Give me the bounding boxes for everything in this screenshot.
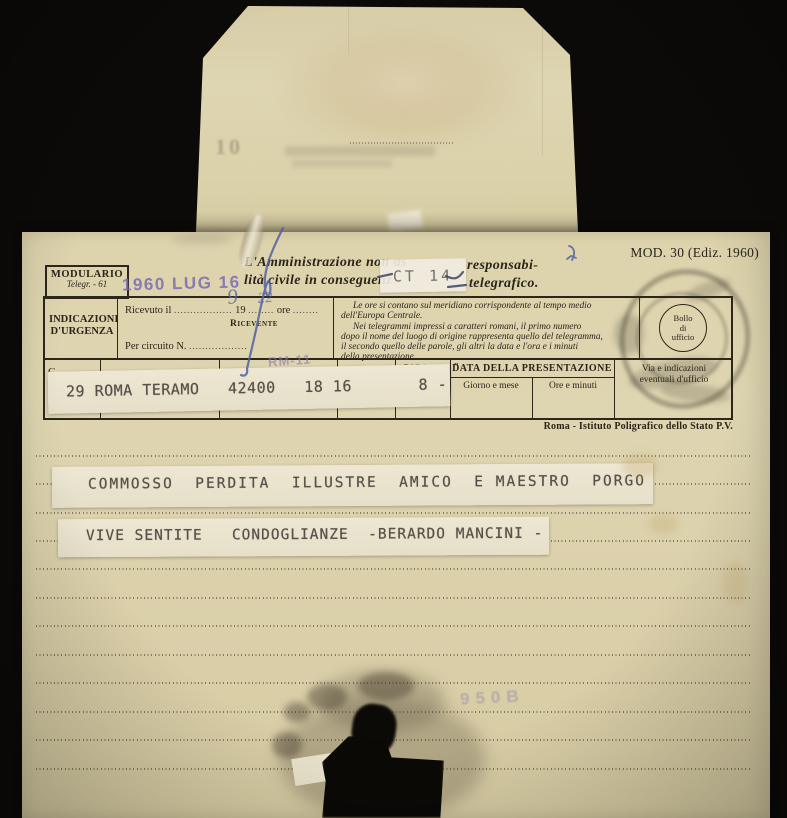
scanned-telegram-photo: 10 MODULARIO Telegr. - 61 1960 LUG 16 L'… xyxy=(0,0,787,818)
day-month-label: Giorno e mese xyxy=(450,381,532,391)
message-strip-1: COMMOSSO PERDITA ILLUSTRE AMICO E MAESTR… xyxy=(52,463,653,508)
disclaimer-line2: lità civile in conseguenz xyxy=(244,273,392,289)
ink-speck xyxy=(307,684,347,710)
hour-minute-label: Ore e minuti xyxy=(532,381,614,391)
printer-imprint: Roma - Istituto Poligrafico dello Stato … xyxy=(332,421,733,432)
route-header-line2: eventuali d'ufficio xyxy=(616,375,732,386)
glue-stain-highlight xyxy=(330,41,480,126)
ink-speck xyxy=(284,702,310,722)
circuit-label: Per circuito N. xyxy=(125,341,187,352)
paper-stain xyxy=(172,234,232,244)
instruction-line: dell'Europa Centrale. xyxy=(341,311,641,321)
disclaimer-right2: telegrafico. xyxy=(469,276,539,292)
perforation-dots xyxy=(350,142,455,144)
message-ruled-line xyxy=(36,625,750,627)
presentation-date-header: DATA DELLA PRESENTAZIONE xyxy=(450,363,614,374)
modulario-number: Telegr. - 61 xyxy=(47,279,127,289)
leader-dots: ........ xyxy=(293,305,319,315)
time-instructions: Le ore si contano sul meridiano corrispo… xyxy=(341,301,641,363)
form-edition-label: MOD. 30 (Ediz. 1960) xyxy=(604,245,759,261)
bollo-line: ufficio xyxy=(660,333,706,343)
instruction-line: Nei telegrammi impressi a caratteri roma… xyxy=(341,322,641,332)
modulario-box: MODULARIO Telegr. - 61 xyxy=(45,265,129,299)
fold-crease xyxy=(348,6,349,54)
telegram-back-flap: 10 xyxy=(190,6,582,232)
leader-dots: .................. xyxy=(174,305,233,315)
hour-label: ore xyxy=(277,305,290,316)
paper-stain xyxy=(648,514,678,534)
message-line2: VIVE SENTITE CONDOGLIANZE -BERARDO MANCI… xyxy=(86,526,549,544)
ink-speck xyxy=(272,732,302,758)
paper-stain xyxy=(722,562,748,604)
bleed-through-smudge xyxy=(292,160,392,167)
ct-pasted-label: CT 14 xyxy=(380,258,467,292)
message-ruled-line xyxy=(36,597,750,599)
leader-dots: ........ xyxy=(248,305,274,315)
routing-pasted-strip: 29 ROMA TERAMO 42400 18 16 8 - xyxy=(48,364,451,414)
ink-speck xyxy=(358,672,414,700)
instruction-line: dopo il nome del luogo di origine rappre… xyxy=(341,332,641,342)
routing-text: 29 ROMA TERAMO 42400 18 16 8 - xyxy=(66,375,450,400)
telegram-front-sheet: MODULARIO Telegr. - 61 1960 LUG 16 L'Amm… xyxy=(22,232,770,818)
bleed-through-smudge xyxy=(285,146,435,156)
receiver-label: Ricevente xyxy=(230,319,278,329)
ct-code: CT 14 xyxy=(393,266,453,285)
received-line: Ricevuto il .................. 19 ......… xyxy=(125,305,319,316)
faint-violet-code: 950B xyxy=(460,686,526,709)
urgency-line2: D'URGENZA xyxy=(49,326,115,338)
message-ruled-line xyxy=(36,568,750,570)
message-line1: COMMOSSO PERDITA ILLUSTRE AMICO E MAESTR… xyxy=(88,473,653,492)
bleed-through-number: 10 xyxy=(215,134,243,160)
message-ruled-line xyxy=(36,654,750,656)
message-strip-2: VIVE SENTITE CONDOGLIANZE -BERARDO MANCI… xyxy=(58,517,549,558)
leader-dots: .................. xyxy=(189,341,248,351)
received-label: Ricevuto il xyxy=(125,305,171,316)
paper-stain xyxy=(622,454,658,478)
office-stamp-circle: Bollo di ufficio xyxy=(659,304,707,352)
form-row-received: INDICAZIONI D'URGENZA Ricevuto il ......… xyxy=(45,298,731,360)
disclaimer-right1: responsabi- xyxy=(467,258,538,274)
circuit-line: Per circuito N. .................. xyxy=(125,341,248,352)
urgency-box: INDICAZIONI D'URGENZA xyxy=(49,314,115,338)
route-column-header: Via e indicazioni eventuali d'ufficio xyxy=(616,364,732,386)
instruction-line: il secondo quello delle parole, gli altr… xyxy=(341,342,641,352)
urgency-line1: INDICAZIONI xyxy=(49,314,115,326)
instruction-line: Le ore si contano sul meridiano corrispo… xyxy=(341,301,641,311)
fold-crease xyxy=(542,10,543,155)
route-header-line1: Via e indicazioni xyxy=(616,364,732,375)
year-prefix: 19 xyxy=(235,305,246,316)
received-date-stamp: 1960 LUG 16 xyxy=(122,272,241,295)
message-ruled-line xyxy=(36,512,750,514)
